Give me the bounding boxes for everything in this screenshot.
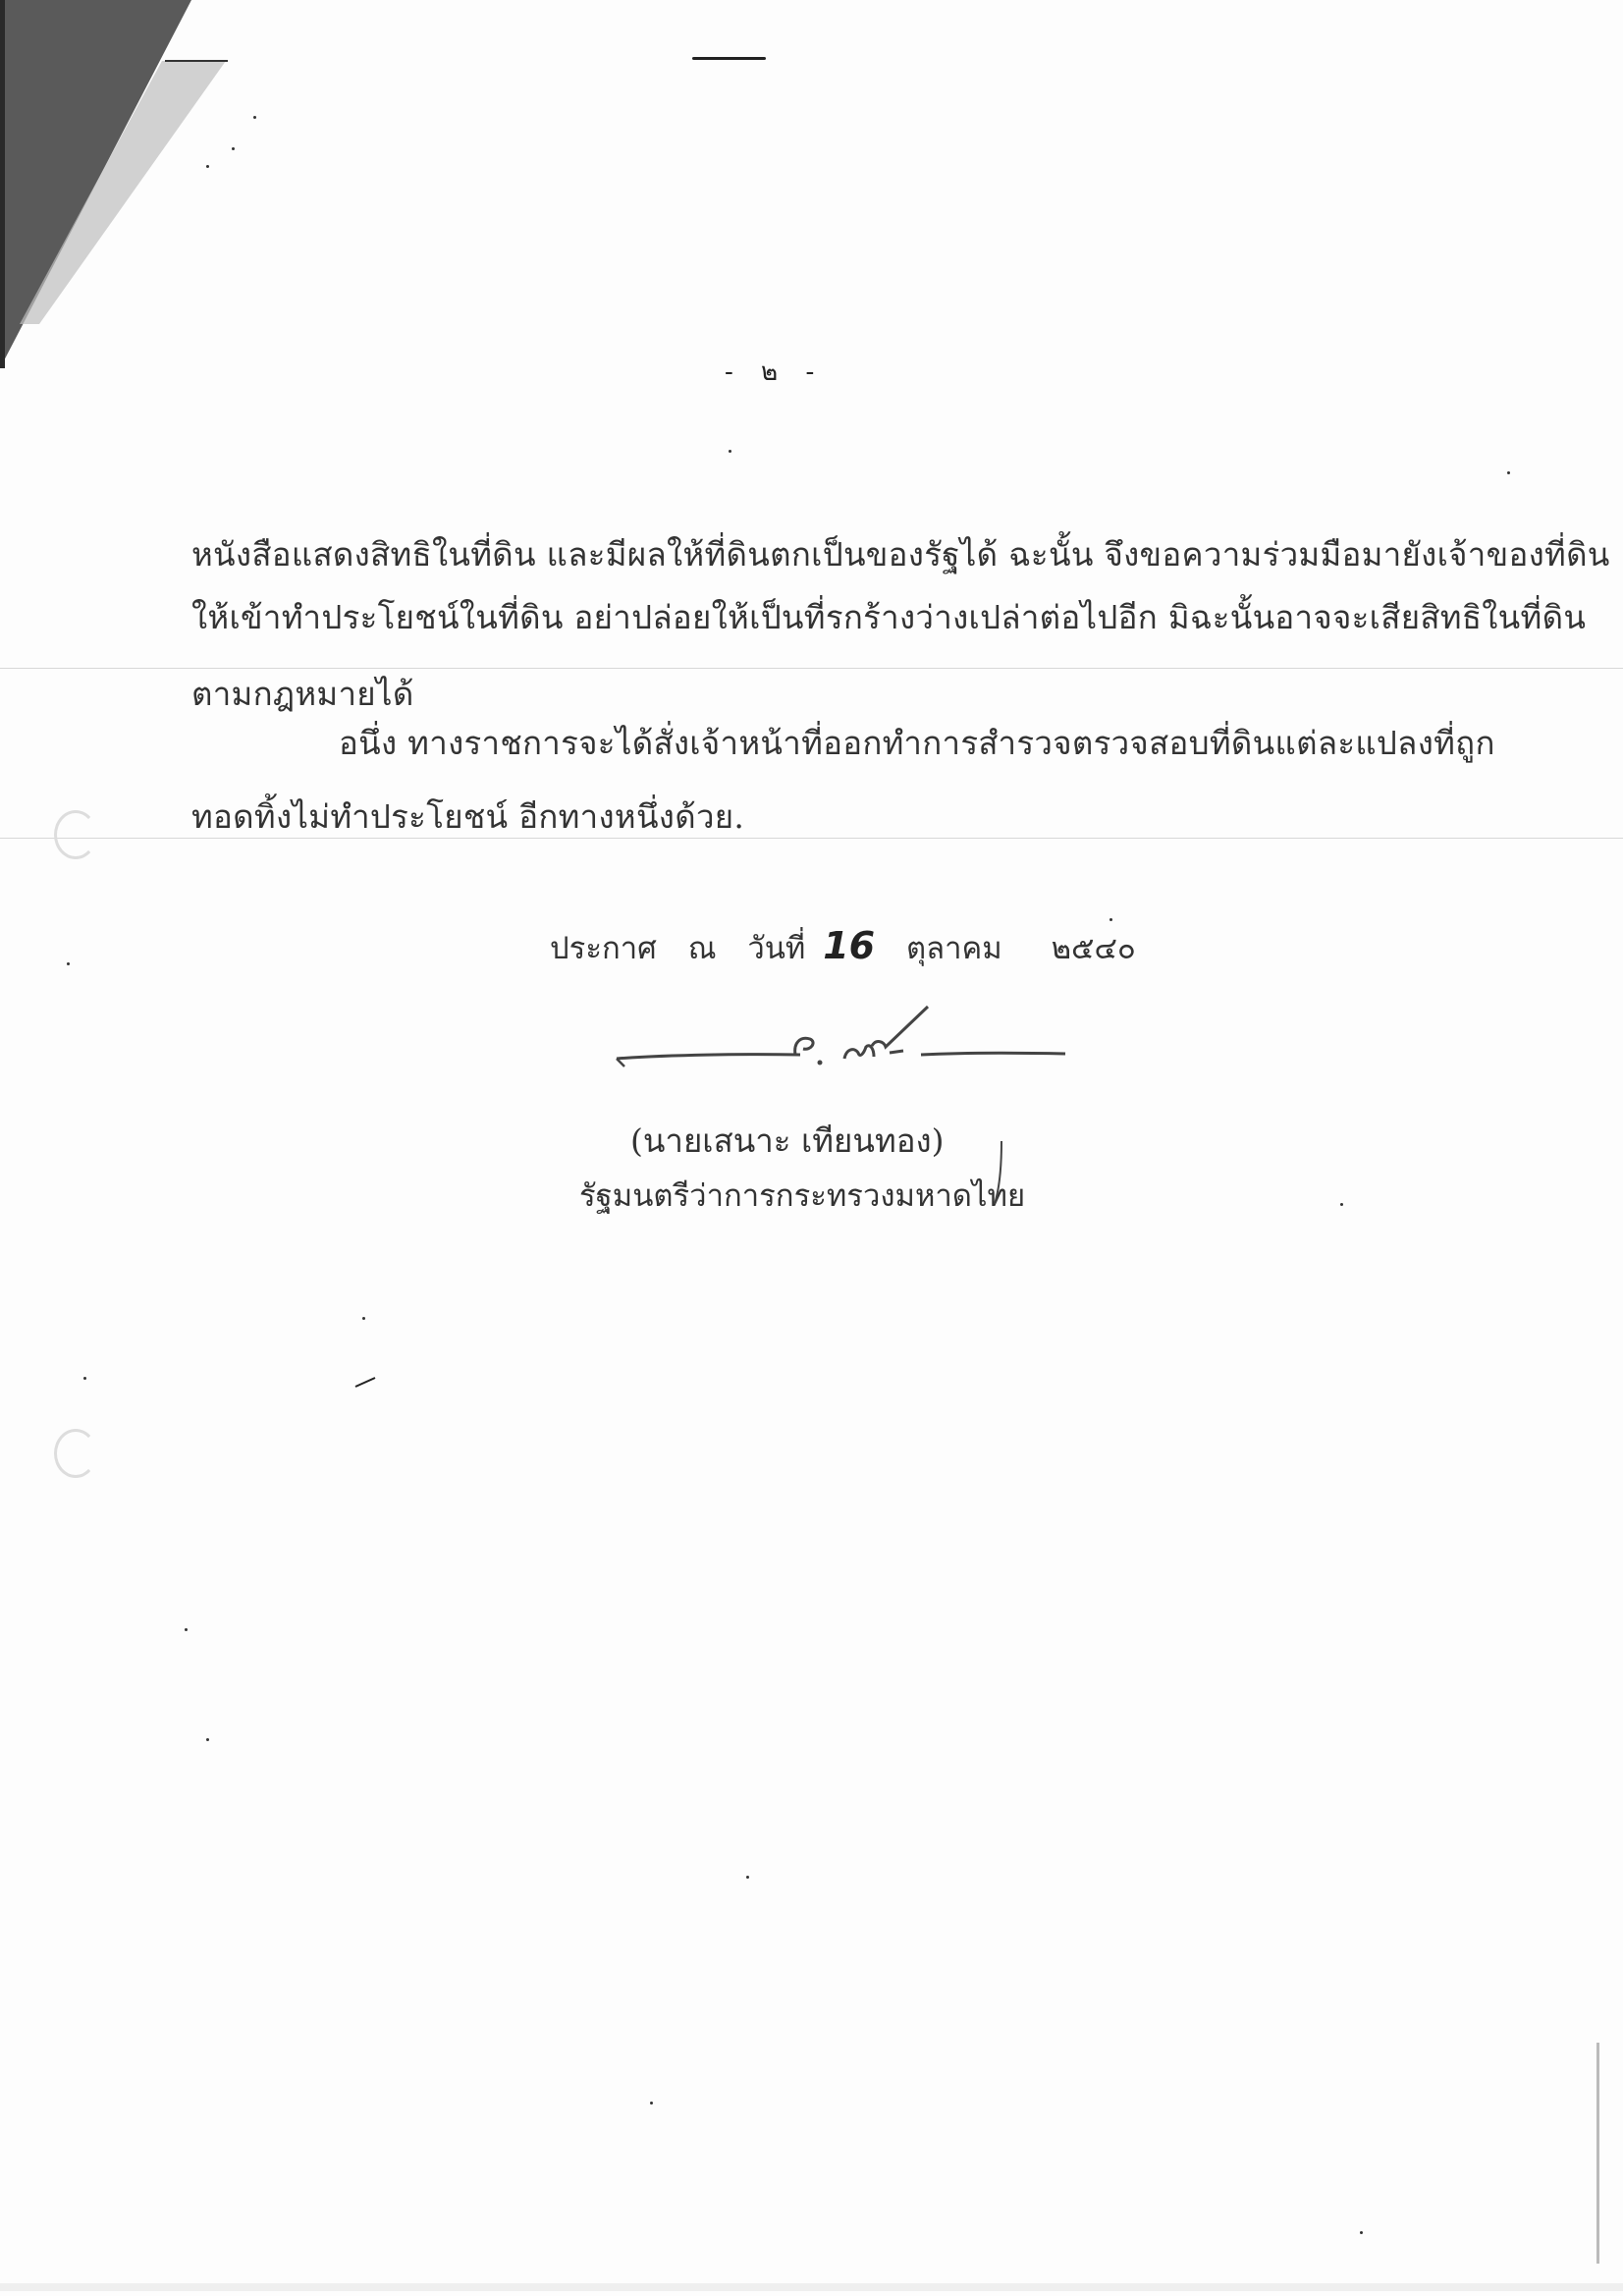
announcement-at: ณ [688,931,717,966]
month: ตุลาคม [906,931,1002,966]
scan-speck [650,2102,653,2105]
year: ๒๕๔๐ [1052,931,1136,966]
paragraph-2-line-2: ทอดทิ้งไม่ทำประโยชน์ อีกทางหนึ่งด้วย. [191,800,1360,833]
page-edge [1596,2043,1599,2264]
punch-hole [54,1429,97,1478]
scan-speck [232,147,235,150]
scan-speck [67,962,70,965]
scan-speck [1360,2231,1363,2234]
scan-speck [185,1628,188,1631]
paragraph-2-line-1: อนึ่ง ทางราชการจะได้สั่งเจ้าหน้าที่ออกทำ… [191,727,1360,759]
paragraph-1-line-2: ให้เข้าทำประโยชน์ในที่ดิน อย่าปล่อยให้เป… [191,601,1360,633]
scan-speck [1340,1203,1343,1206]
scan-shadow-corner [0,0,236,373]
scan-stroke-mark [353,1375,377,1389]
page-edge [0,2283,1623,2291]
day-label: วันที่ [747,931,805,966]
scan-speck [206,165,209,168]
handwritten-signature [609,992,1070,1080]
scan-fold-line [0,668,1623,669]
scan-mark-line [692,57,766,60]
scan-speck [1507,471,1510,474]
scan-speck [729,450,731,453]
handwritten-stroke [992,1139,1005,1208]
page-number: - ๒ - [725,352,824,392]
scan-speck [362,1317,365,1320]
punch-hole [54,810,97,859]
handwritten-day: 16 [823,924,875,967]
signer-title: รัฐมนตรีว่าการกระทรวงมหาดไทย [579,1171,1025,1220]
announcement-prefix: ประกาศ [550,931,657,966]
scan-fold-line [0,838,1623,839]
scan-speck [253,116,256,119]
scan-speck [1109,918,1112,921]
paragraph-1-line-3: ตามกฎหมายได้ [191,678,1360,710]
paragraph-1-line-1: หนังสือแสดงสิทธิในที่ดิน และมีผลให้ที่ดิ… [191,538,1360,571]
announcement-date: ประกาศ ณ วันที่ 16 ตุลาคม ๒๕๔๐ [550,923,1158,972]
scan-speck [746,1876,749,1879]
signer-name: (นายเสนาะ เทียนทอง) [630,1115,945,1167]
scan-speck [83,1377,86,1380]
scan-speck [206,1738,209,1741]
scanned-page: - ๒ - หนังสือแสดงสิทธิในที่ดิน และมีผลให… [0,0,1623,2296]
